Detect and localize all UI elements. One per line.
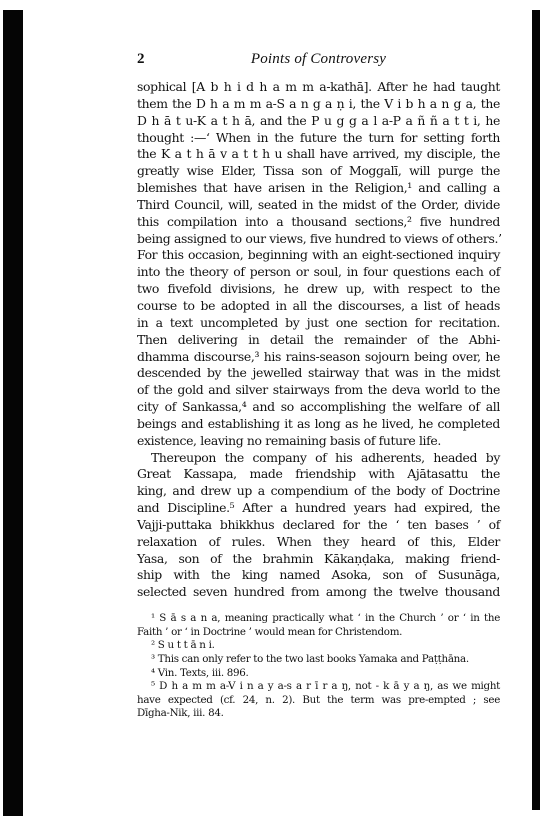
body-line: dhamma discourse,³ his rains-season sojo… bbox=[137, 349, 500, 366]
body-line: in a text uncompleted by just one sectio… bbox=[137, 315, 500, 332]
footnote-5-cont: have expected (cf. 24, n. 2). But the te… bbox=[137, 694, 500, 708]
body-line: sophical [A b h i d h a m m a-kathā]. Af… bbox=[137, 79, 500, 96]
body-line: selected seven hundred from among the tw… bbox=[137, 584, 500, 601]
body-line: Third Council, will, seated in the midst… bbox=[137, 197, 500, 214]
body-line: into the theory of person or soul, in fo… bbox=[137, 264, 500, 281]
body-line: and Discipline.⁵ After a hundred years h… bbox=[137, 500, 500, 517]
body-line-paragraph-start: Thereupon the company of his adherents, … bbox=[137, 450, 500, 467]
body-line: greatly wise Elder, Tissa son of Moggalī… bbox=[137, 163, 500, 180]
scan-edge-left bbox=[3, 10, 23, 816]
footnote-1-cont: Faith ’ or ‘ in Doctrine ’ would mean fo… bbox=[137, 626, 500, 640]
footnote-1: ¹ S ā s a n a, meaning practically what … bbox=[137, 612, 500, 626]
footnote-5: ⁵ D h a m m a-V i n a y a-s a r ī r a ŋ,… bbox=[137, 680, 500, 694]
body-line: D h ā t u-K a t h ā, and the P u g g a l… bbox=[137, 113, 500, 130]
scan-edge-right bbox=[532, 10, 540, 810]
body-line: Vajji-puttaka bhikkhus declared for the … bbox=[137, 517, 500, 534]
body-line: city of Sankassa,⁴ and so accomplishing … bbox=[137, 399, 500, 416]
body-line: king, and drew up a compendium of the bo… bbox=[137, 483, 500, 500]
body-line: course to be adopted in all the discours… bbox=[137, 298, 500, 315]
body-line: ship with the king named Asoka, son of S… bbox=[137, 567, 500, 584]
footnote-4: ⁴ Vin. Texts, iii. 896. bbox=[137, 667, 500, 681]
body-line: the K a t h ā v a t t h u shall have arr… bbox=[137, 146, 500, 163]
body-text: sophical [A b h i d h a m m a-kathā]. Af… bbox=[137, 79, 500, 601]
body-line: of the gold and silver stairways from th… bbox=[137, 382, 500, 399]
body-line: Great Kassapa, made friendship with Ajāt… bbox=[137, 466, 500, 483]
body-line: Then delivering in detail the remainder … bbox=[137, 332, 500, 349]
footnote-3: ³ This can only refer to the two last bo… bbox=[137, 653, 500, 667]
running-title: Points of Controversy bbox=[137, 51, 500, 68]
body-line: beings and establishing it as long as he… bbox=[137, 416, 500, 433]
footnote-2: ² S u t t ā n i. bbox=[137, 639, 500, 653]
body-line: relaxation of rules. When they heard of … bbox=[137, 534, 500, 551]
body-line: For this occasion, beginning with an eig… bbox=[137, 247, 500, 264]
body-line: existence, leaving no remaining basis of… bbox=[137, 433, 500, 450]
body-line: two fivefold divisions, he drew up, with… bbox=[137, 281, 500, 298]
body-line: thought :—‘ When in the future the turn … bbox=[137, 130, 500, 147]
body-line: blemishes that have arisen in the Religi… bbox=[137, 180, 500, 197]
book-page: 2 Points of Controversy sophical [A b h … bbox=[137, 48, 500, 721]
body-line: this compilation into a thousand section… bbox=[137, 214, 500, 231]
body-line: being assigned to our views, five hundre… bbox=[137, 231, 500, 248]
body-line: Yasa, son of the brahmin Kākaṇḍaka, maki… bbox=[137, 551, 500, 568]
running-head: 2 Points of Controversy bbox=[137, 48, 500, 70]
body-line: them the D h a m m a-S a n g a ṇ i, the … bbox=[137, 96, 500, 113]
footnote-5-end: Dīgha-Nik, iii. 84. bbox=[137, 707, 500, 721]
body-line: descended by the jewelled stairway that … bbox=[137, 365, 500, 382]
footnotes: ¹ S ā s a n a, meaning practically what … bbox=[137, 612, 500, 721]
